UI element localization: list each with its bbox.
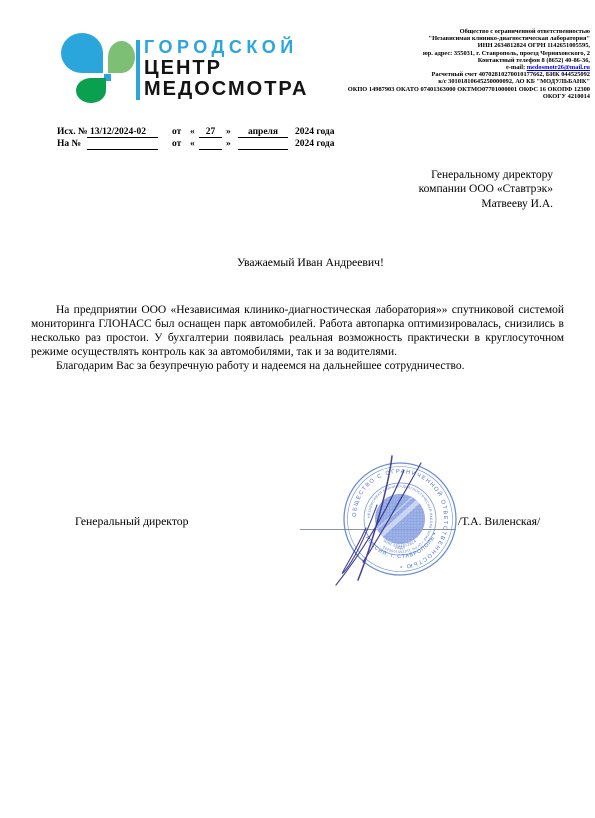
out-ref-number: 13/12/2024-02 [87,127,158,138]
out-year: 2024 года [295,127,334,138]
out-ref-label: Исх. № [57,127,88,138]
logo-petal-green-icon [76,78,106,103]
in-ref-label: На № [57,139,81,150]
signatory-title: Генеральный директор [75,515,188,528]
stamp-svg: ОБЩЕСТВО С ОГРАНИЧЕННОЙ ОТВЕТСТВЕННОСТЬЮ… [330,450,470,590]
body-paragraph-2: Благодарим Вас за безупречную работу и н… [31,359,564,373]
in-from-label: от [172,139,181,150]
letter-body: На предприятии ООО «Независимая клинико-… [31,303,564,373]
salutation: Уважаемый Иван Андреевич! [237,256,384,269]
out-month: апреля [238,127,288,138]
recipient-name: Матвееву И.А. [419,197,553,211]
stamp-monogram: НКДЛ [395,546,405,550]
letter-page: ГОРОДСКОЙ ЦЕНТР МЕДОСМОТРА Общество с ог… [0,0,595,818]
company-account: Расчетный счет 40702810270010177662, БИК… [260,71,590,78]
in-day [199,139,222,150]
company-requisites: Общество с ограниченной ответственностью… [260,28,590,100]
in-quote-open: « [190,139,195,150]
logo-petal-lightgreen-icon [108,41,135,73]
company-logo-icon [61,33,137,104]
body-paragraph-1: На предприятии ООО «Независимая клинико-… [31,303,564,359]
out-day: 27 [199,127,222,138]
company-phone: Контактный телефон 8 (8652) 40-86-36, [260,57,590,64]
company-corr-account: к/с 30101810645250000092, АО КБ "МОДУЛЬБ… [260,78,590,85]
out-quote-open: « [190,127,195,138]
company-legal-form: Общество с ограниченной ответственностью [260,28,590,35]
email-link[interactable]: medosmotr26@mail.ru [527,64,590,71]
company-codes-2: ОКОГУ 4210014 [260,93,590,100]
in-ref-number [87,139,158,150]
company-stamp: ОБЩЕСТВО С ОГРАНИЧЕННОЙ ОТВЕТСТВЕННОСТЬЮ… [330,450,470,590]
company-name: "Независимая клинико-диагностическая лаб… [260,35,590,42]
logo-petal-blue-icon [61,33,103,73]
company-address: юр. адрес: 355031, г. Ставрополь, проезд… [260,50,590,57]
signatory-name: /Т.А. Виленская/ [458,515,540,528]
company-codes-1: ОКПО 14987903 ОКАТО 07401363000 ОКТМО077… [260,86,590,93]
company-inn-ogrn: ИНН 2634812824 ОГРН 1142651005595, [260,42,590,49]
out-from-label: от [172,127,181,138]
recipient-position: Генеральному директору [419,168,553,182]
out-quote-close: » [226,127,231,138]
email-label: e-mail: [506,64,527,71]
in-month [238,139,288,150]
logo-divider-bar [136,40,140,100]
in-year: 2024 года [295,139,334,150]
recipient-company: компании ООО «Ставтрэк» [419,182,553,196]
in-quote-close: » [226,139,231,150]
company-email-line: e-mail: medosmotr26@mail.ru [260,64,590,71]
recipient-block: Генеральному директору компании ООО «Ста… [419,168,553,211]
